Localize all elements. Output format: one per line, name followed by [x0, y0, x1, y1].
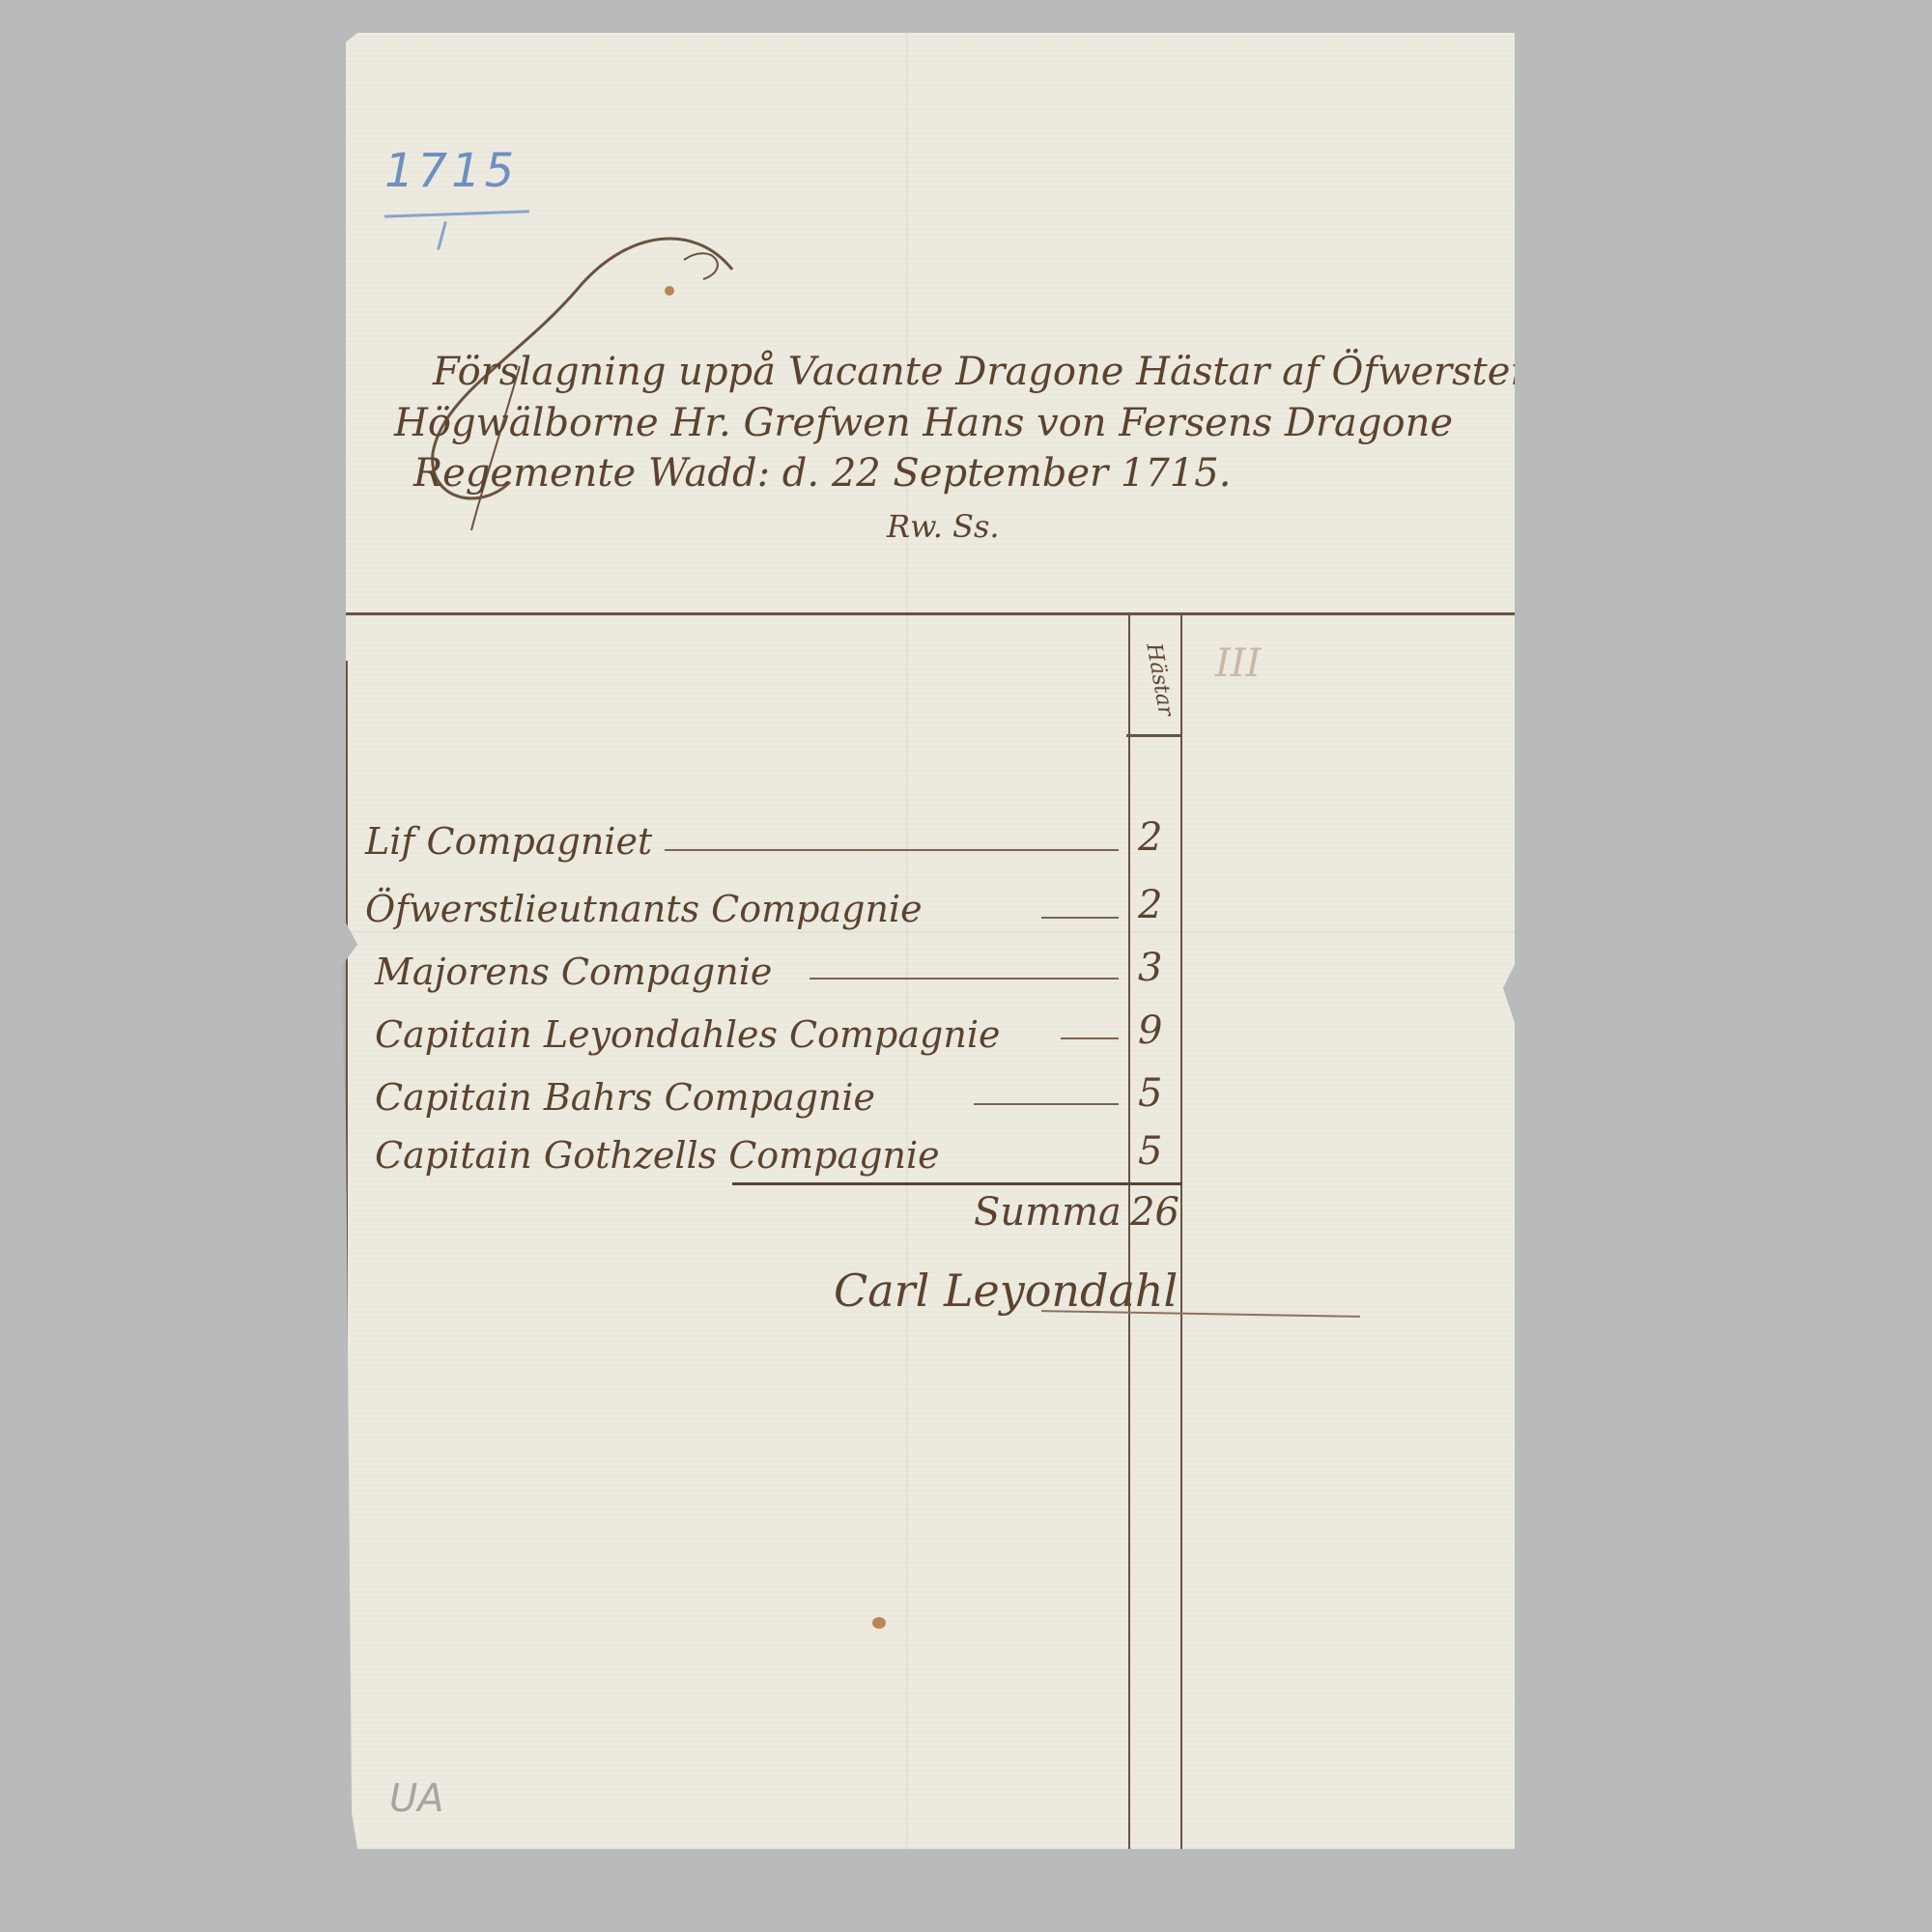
- row-leader: [974, 1103, 1119, 1105]
- left-margin-rule: [346, 661, 348, 1849]
- row-value: 5: [1138, 1071, 1162, 1116]
- row-value: 3: [1138, 946, 1162, 990]
- row-label: Lif Compagniet: [365, 820, 652, 863]
- column-header-underline: [1126, 734, 1182, 737]
- row-value: 5: [1138, 1129, 1162, 1174]
- sum-rule: [732, 1182, 1182, 1185]
- row-label: Capitain Gothzells Compagnie: [375, 1134, 940, 1177]
- archive-year-note: 1715: [384, 144, 518, 198]
- row-leader: [1061, 1037, 1119, 1039]
- signature: Carl Leyondahl: [834, 1264, 1178, 1317]
- column-header-hastar: Hästar: [1141, 641, 1178, 718]
- row-value: 2: [1138, 815, 1162, 860]
- row-label: Capitain Bahrs Compagnie: [375, 1076, 875, 1119]
- row-leader: [665, 849, 1119, 851]
- row-label: Majorens Compagnie: [375, 951, 772, 993]
- ink-stain: [665, 286, 674, 296]
- row-leader: [810, 978, 1119, 980]
- row-label: Öfwerstlieutnants Compagnie: [365, 888, 923, 930]
- vertical-fold: [906, 33, 908, 1849]
- faint-offset-mark: III: [1215, 641, 1261, 686]
- row-value: 2: [1138, 883, 1162, 927]
- header-rule: [346, 612, 1515, 615]
- row-label: Capitain Leyondahles Compagnie: [375, 1013, 1000, 1056]
- row-leader: [1041, 917, 1119, 919]
- total-label: Summa: [974, 1190, 1122, 1235]
- total-value: 26: [1130, 1190, 1179, 1235]
- manuscript-page: 1715 Förslagning uppå Vacante Dragone Hä…: [346, 33, 1515, 1849]
- horizontal-fold: [346, 931, 1515, 933]
- title-line-2: Högwälborne Hr. Grefwen Hans von Fersens…: [394, 398, 1453, 448]
- title-line-1: Förslagning uppå Vacante Dragone Hästar …: [433, 347, 1555, 397]
- pencil-mark-bottom: UA: [389, 1776, 444, 1821]
- title-subscript: Rw. Ss.: [887, 501, 1000, 552]
- title-line-3: Regemente Wadd: d. 22 September 1715.: [413, 448, 1231, 498]
- row-value: 9: [1138, 1009, 1162, 1053]
- ink-stain: [872, 1617, 886, 1629]
- value-column-right-rule: [1180, 612, 1182, 1849]
